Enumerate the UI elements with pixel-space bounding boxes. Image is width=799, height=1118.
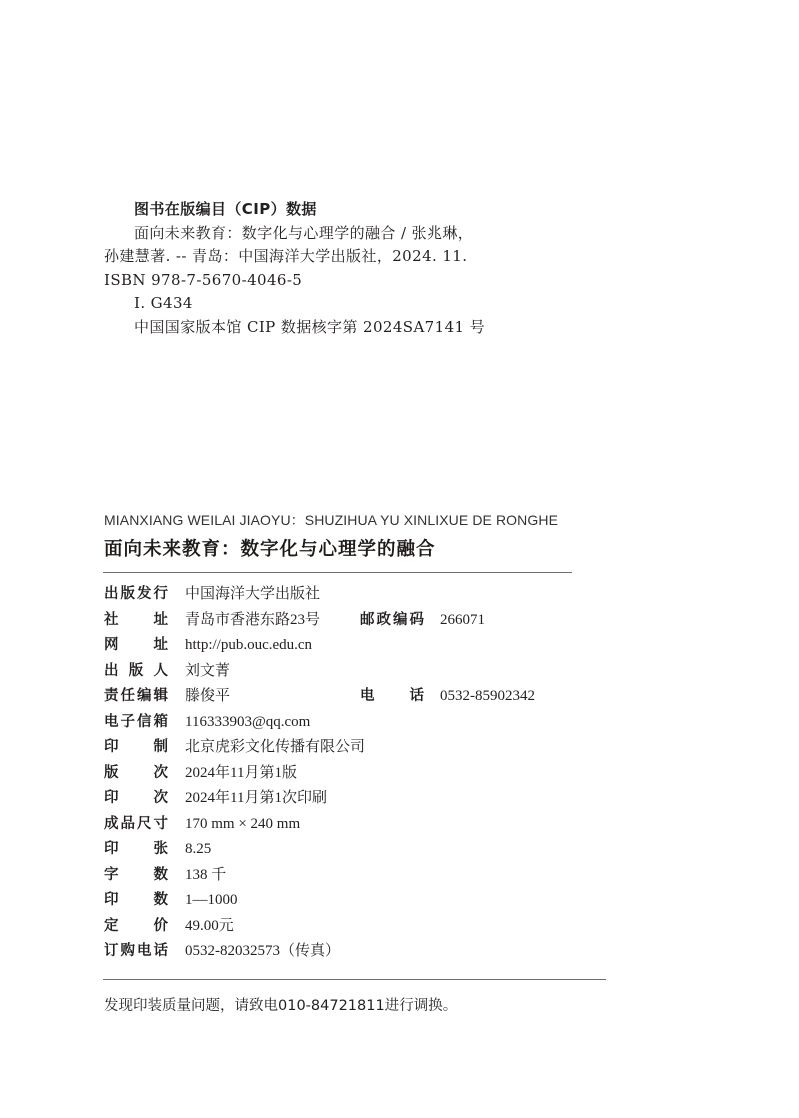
label-char: 次 (154, 786, 169, 812)
colophon-value-secondary: 266071 (440, 608, 485, 634)
colophon-label-secondary: 邮政编码 (360, 608, 424, 634)
label-char: 版 (129, 659, 144, 685)
label-char: 人 (154, 659, 169, 685)
label-char: 电 (360, 684, 375, 710)
label-char: 电 (104, 710, 119, 736)
colophon-row: 出版发行中国海洋大学出版社 (104, 582, 624, 608)
cip-heading: 图书在版编目（CIP）数据 (104, 198, 524, 222)
colophon-value: 青岛市香港东路23号 (185, 608, 320, 634)
colophon-value: 1—1000 (185, 888, 238, 914)
colophon-label-secondary: 电话 (360, 684, 424, 710)
colophon-label: 责任编辑 (104, 684, 168, 710)
book-title: 面向未来教育：数字化与心理学的融合 (104, 535, 436, 561)
label-char: 出 (104, 582, 119, 608)
label-char: 任 (121, 684, 136, 710)
label-char: 编 (137, 684, 152, 710)
label-char: 订 (104, 939, 119, 965)
colophon-label: 出版发行 (104, 582, 168, 608)
colophon-row: 出版人刘文菁 (104, 659, 624, 685)
label-char: 印 (104, 888, 119, 914)
colophon-row: 印数1—1000 (104, 888, 624, 914)
label-char: 数 (154, 863, 169, 889)
colophon-value-secondary: 0532-85902342 (440, 684, 535, 710)
colophon-label: 电子信箱 (104, 710, 168, 736)
cip-line-record-number: 中国国家版本馆 CIP 数据核字第 2024SA7141 号 (104, 316, 524, 340)
colophon-label: 出版人 (104, 659, 168, 685)
colophon-table: 出版发行中国海洋大学出版社社址青岛市香港东路23号邮政编码266071网址htt… (104, 582, 624, 965)
label-char: 定 (104, 914, 119, 940)
label-char: 网 (104, 633, 119, 659)
cip-data-block: 图书在版编目（CIP）数据 面向未来教育：数字化与心理学的融合 / 张兆琳， 孙… (104, 198, 524, 340)
label-char: 成 (104, 812, 119, 838)
label-char: 价 (154, 914, 169, 940)
label-char: 信 (137, 710, 152, 736)
cip-line-title-author: 面向未来教育：数字化与心理学的融合 / 张兆琳， (104, 222, 524, 246)
colophon-row: 订购电话0532-82032573（传真） (104, 939, 624, 965)
colophon-label: 印次 (104, 786, 168, 812)
label-char: 话 (410, 684, 425, 710)
divider-top (103, 572, 572, 573)
label-char: 电 (137, 939, 152, 965)
colophon-label: 版次 (104, 761, 168, 787)
label-char: 购 (121, 939, 136, 965)
colophon-row: 字数138 千 (104, 863, 624, 889)
label-char: 印 (104, 837, 119, 863)
label-char: 发 (137, 582, 152, 608)
colophon-row: 电子信箱116333903@qq.com (104, 710, 624, 736)
colophon-row: 定价49.00元 (104, 914, 624, 940)
label-char: 社 (104, 608, 119, 634)
colophon-row: 版次2024年11月第1版 (104, 761, 624, 787)
label-char: 行 (154, 582, 169, 608)
label-char: 邮 (360, 608, 375, 634)
label-char: 箱 (154, 710, 169, 736)
colophon-value: 8.25 (185, 837, 211, 863)
colophon-label: 印张 (104, 837, 168, 863)
colophon-label: 成品尺寸 (104, 812, 168, 838)
colophon-value: 170 mm × 240 mm (185, 812, 300, 838)
colophon-row: 印制北京虎彩文化传播有限公司 (104, 735, 624, 761)
colophon-label: 订购电话 (104, 939, 168, 965)
colophon-value: 0532-82032573（传真） (185, 939, 340, 965)
cip-line-isbn: ISBN 978-7-5670-4046-5 (104, 269, 524, 293)
colophon-value: 2024年11月第1次印刷 (185, 786, 327, 812)
colophon-label: 社址 (104, 608, 168, 634)
colophon-value: 2024年11月第1版 (185, 761, 297, 787)
colophon-value: 49.00元 (185, 914, 234, 940)
colophon-row: 印张8.25 (104, 837, 624, 863)
label-char: 责 (104, 684, 119, 710)
colophon-value: http://pub.ouc.edu.cn (185, 633, 312, 659)
label-char: 子 (121, 710, 136, 736)
pinyin-title: MIANXIANG WEILAI JIAOYU：SHUZIHUA YU XINL… (104, 510, 558, 530)
colophon-label: 网址 (104, 633, 168, 659)
colophon-row: 网址http://pub.ouc.edu.cn (104, 633, 624, 659)
label-char: 址 (154, 633, 169, 659)
label-char: 话 (154, 939, 169, 965)
colophon-value: 138 千 (185, 863, 226, 889)
label-char: 版 (121, 582, 136, 608)
label-char: 寸 (154, 812, 169, 838)
label-char: 印 (104, 786, 119, 812)
cip-line-publisher: 孙建慧著. -- 青岛：中国海洋大学出版社，2024. 11. (104, 245, 524, 269)
colophon-label: 印制 (104, 735, 168, 761)
label-char: 出 (104, 659, 119, 685)
label-char: 码 (410, 608, 425, 634)
colophon-value: 刘文菁 (185, 659, 230, 685)
colophon-value: 116333903@qq.com (185, 710, 310, 736)
label-char: 印 (104, 735, 119, 761)
divider-bottom (103, 979, 606, 980)
colophon-label: 印数 (104, 888, 168, 914)
label-char: 字 (104, 863, 119, 889)
label-char: 制 (154, 735, 169, 761)
colophon-row: 成品尺寸170 mm × 240 mm (104, 812, 624, 838)
cip-line-classification: Ⅰ. G434 (104, 292, 524, 316)
colophon-label: 字数 (104, 863, 168, 889)
quality-notice: 发现印装质量问题，请致电010-84721811进行调换。 (104, 994, 457, 1015)
colophon-row: 印次2024年11月第1次印刷 (104, 786, 624, 812)
label-char: 张 (154, 837, 169, 863)
colophon-row: 社址青岛市香港东路23号邮政编码266071 (104, 608, 624, 634)
colophon-value: 中国海洋大学出版社 (185, 582, 320, 608)
colophon-label: 定价 (104, 914, 168, 940)
label-char: 尺 (137, 812, 152, 838)
label-char: 辑 (154, 684, 169, 710)
label-char: 版 (104, 761, 119, 787)
label-char: 编 (393, 608, 408, 634)
colophon-value: 滕俊平 (185, 684, 230, 710)
colophon-value: 北京虎彩文化传播有限公司 (185, 735, 365, 761)
label-char: 品 (121, 812, 136, 838)
colophon-row: 责任编辑滕俊平电话0532-85902342 (104, 684, 624, 710)
label-char: 址 (154, 608, 169, 634)
label-char: 次 (154, 761, 169, 787)
label-char: 数 (154, 888, 169, 914)
label-char: 政 (377, 608, 392, 634)
